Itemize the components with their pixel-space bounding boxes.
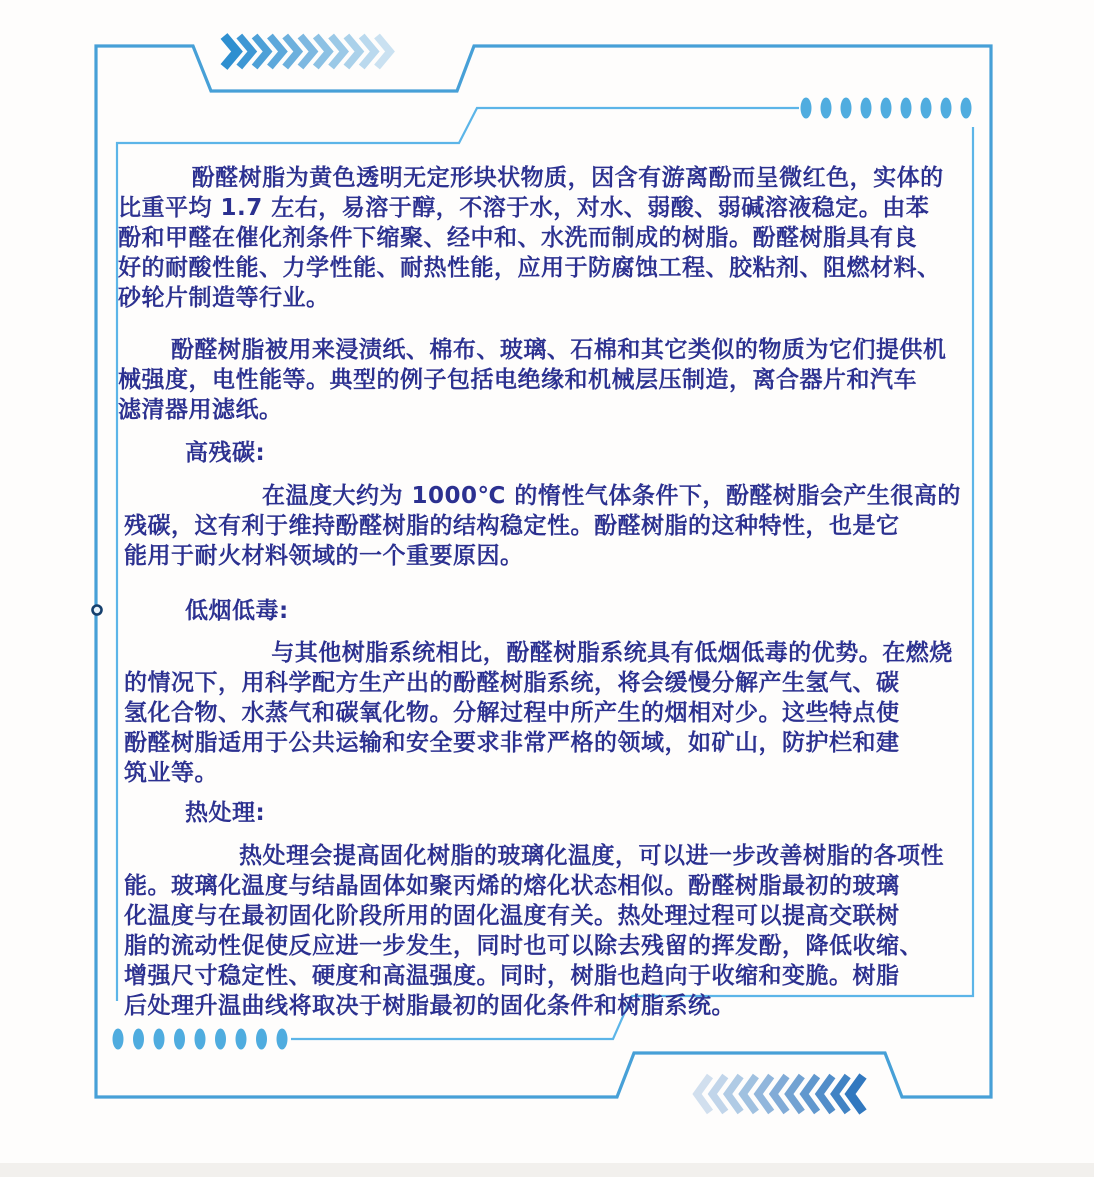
- document-body: 酚醛树脂为黄色透明无定形块状物质，因含有游离酚而呈微红色，实体的 比重平均 1.…: [118, 163, 970, 1021]
- document-page: 酚醛树脂为黄色透明无定形块状物质，因含有游离酚而呈微红色，实体的 比重平均 1.…: [0, 0, 1094, 1177]
- bottom-edge-band: [0, 1163, 1094, 1177]
- left-chevrons-icon: [697, 1076, 863, 1112]
- section-heading-low-smoke-low-toxicity: 低烟低毒:: [118, 596, 970, 626]
- section-heading-high-residual-carbon: 高残碳:: [118, 438, 970, 468]
- section-body-high-residual-carbon: 在温度大约为 1000℃ 的惰性气体条件下，酚醛树脂会产生很高的 残碳，这有利于…: [124, 481, 970, 571]
- intro-paragraph-1: 酚醛树脂为黄色透明无定形块状物质，因含有游离酚而呈微红色，实体的 比重平均 1.…: [118, 163, 970, 313]
- right-chevrons-icon: [224, 36, 390, 67]
- section-body-low-smoke-low-toxicity: 与其他树脂系统相比，酚醛树脂系统具有低烟低毒的优势。在燃烧 的情况下，用科学配方…: [124, 638, 970, 788]
- circle-node-icon: [93, 606, 102, 615]
- section-heading-heat-treatment: 热处理:: [118, 798, 970, 828]
- intro-paragraph-2: 酚醛树脂被用来浸渍纸、棉布、玻璃、石棉和其它类似的物质为它们提供机 械强度，电性…: [118, 335, 970, 425]
- section-body-heat-treatment: 热处理会提高固化树脂的玻璃化温度，可以进一步改善树脂的各项性 能。玻璃化温度与结…: [124, 841, 970, 1021]
- bottom-left-dots-icon: [113, 1029, 288, 1050]
- top-right-dots-icon: [801, 98, 972, 119]
